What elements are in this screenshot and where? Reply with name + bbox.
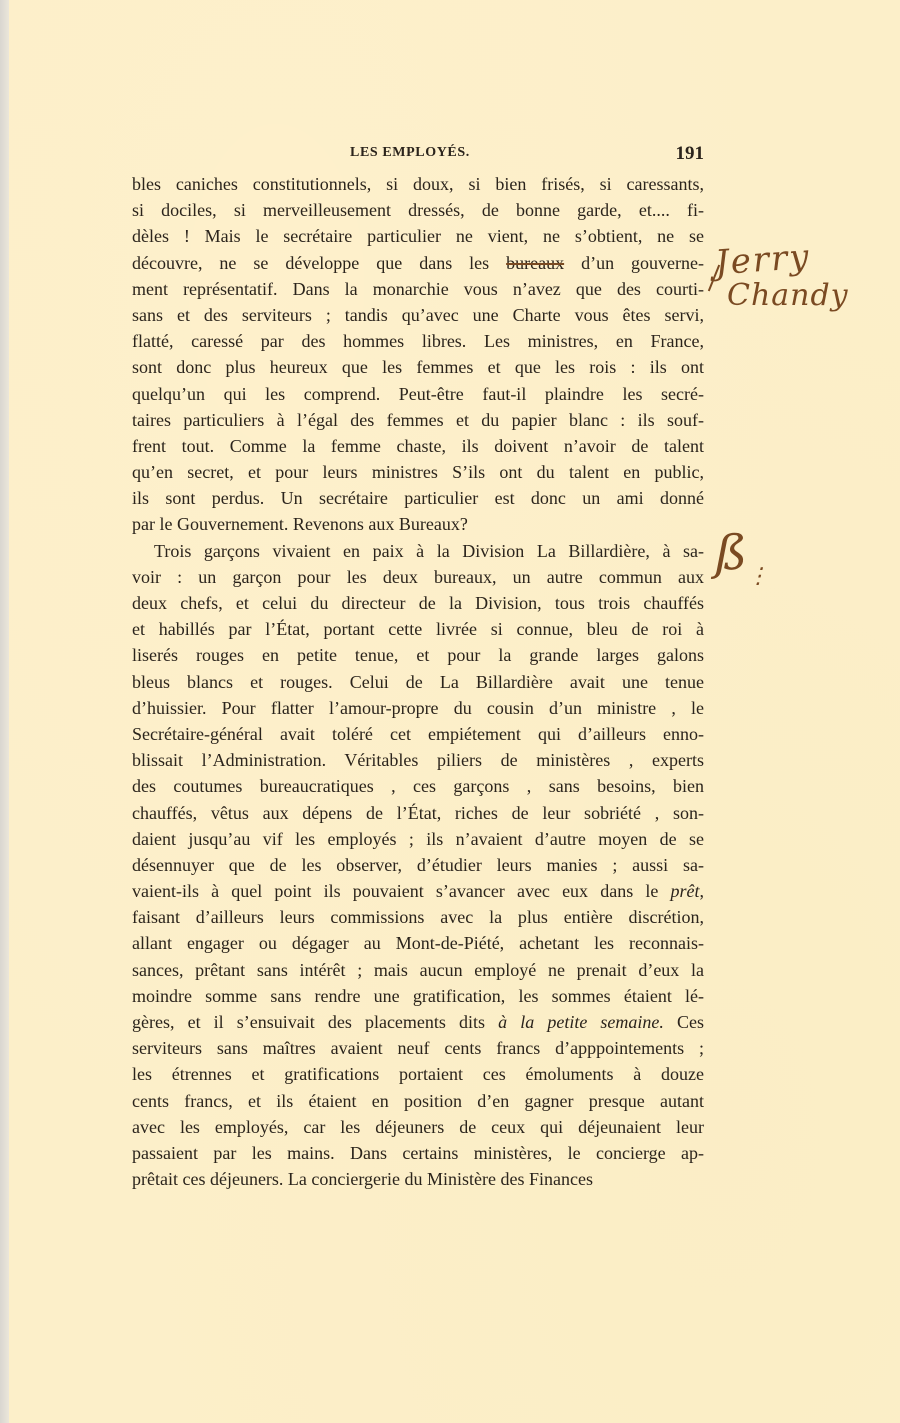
text-line: bleus blancs et rouges. Celui de La Bill… <box>132 669 704 695</box>
italic-phrase: à la petite semaine. <box>498 1012 664 1032</box>
text-line: et habillés par l’État, portant cette li… <box>132 616 704 642</box>
text-line: par le Gouvernement. Revenons aux Bureau… <box>132 511 704 537</box>
struck-word: bureaux <box>506 253 564 273</box>
text-line: daient jusqu’au vif les employés ; ils n… <box>132 826 704 852</box>
text-line: si dociles, si merveilleusement dressés,… <box>132 197 704 223</box>
text-line: les étrennes et gratifications portaient… <box>132 1061 704 1087</box>
text-line: frent tout. Comme la femme chaste, ils d… <box>132 433 704 459</box>
text-line: découvre, ne se développe que dans les b… <box>132 250 704 276</box>
text-line: chauffés, vêtus aux dépens de l’État, ri… <box>132 800 704 826</box>
scan-edge <box>0 0 9 1423</box>
running-title: LES EMPLOYÉS. <box>350 145 470 161</box>
text-line: sans et des serviteurs ; tandis qu’avec … <box>132 302 704 328</box>
text-line: moindre somme sans rendre une gratificat… <box>132 983 704 1009</box>
text-line: bles caniches constitutionnels, si doux,… <box>132 171 704 197</box>
text-line: Secrétaire-général avait toléré cet empi… <box>132 721 704 747</box>
running-head: LES EMPLOYÉS. 191 <box>132 143 704 167</box>
text-line: sont donc plus heureux que les femmes et… <box>132 354 704 380</box>
book-page: LES EMPLOYÉS. 191 bles caniches constitu… <box>9 0 900 1423</box>
text-line: d’huissier. Pour flatter l’amour-propre … <box>132 695 704 721</box>
text-line: des coutumes bureaucratiques , ces garço… <box>132 773 704 799</box>
text-line: vaient-ils à quel point ils pouvaient s’… <box>132 878 704 904</box>
text-line: qu’en secret, et pour leurs ministres S’… <box>132 459 704 485</box>
text-line: avec les employés, car les déjeuners de … <box>132 1114 704 1140</box>
text-line: gères, et il s’ensuivait des placements … <box>132 1009 704 1035</box>
handwritten-note-ss: ß <box>715 525 747 581</box>
body-text: bles caniches constitutionnels, si doux,… <box>132 171 704 1192</box>
page-number: 191 <box>676 143 705 165</box>
text-line: flatté, caressé par des hommes libres. L… <box>132 328 704 354</box>
text-line: quelqu’un qui les comprend. Peut-être fa… <box>132 381 704 407</box>
text-line: faisant d’ailleurs leurs commissions ave… <box>132 904 704 930</box>
handwritten-note-jerry: Jerry <box>714 237 812 284</box>
handwritten-dots-mark: ⋮ <box>747 570 769 584</box>
text-line: prêtait ces déjeuners. La conciergerie d… <box>132 1166 704 1192</box>
text-line: ment représentatif. Dans la monarchie vo… <box>132 276 704 302</box>
text-line: sances, prêtant sans intérêt ; mais aucu… <box>132 957 704 983</box>
text-line: voir : un garçon pour les deux bureaux, … <box>132 564 704 590</box>
text-line: désennuyer que de les observer, d’étudie… <box>132 852 704 878</box>
text-line: Trois garçons vivaient en paix à la Divi… <box>132 538 704 564</box>
text-line: serviteurs sans maîtres avaient neuf cen… <box>132 1035 704 1061</box>
italic-phrase: prêt <box>671 881 700 901</box>
text-line: dèles ! Mais le secrétaire particulier n… <box>132 223 704 249</box>
text-line: deux chefs, et celui du directeur de la … <box>132 590 704 616</box>
text-line: taires particuliers à l’égal des femmes … <box>132 407 704 433</box>
handwritten-note-chandy: Chandy <box>727 278 849 313</box>
text-line: blissait l’Administration. Véritables pi… <box>132 747 704 773</box>
text-line: cents francs, et ils étaient en position… <box>132 1088 704 1114</box>
text-line: liserés rouges en petite tenue, et pour … <box>132 642 704 668</box>
text-line: passaient par les mains. Dans certains m… <box>132 1140 704 1166</box>
text-line: allant engager ou dégager au Mont-de-Pié… <box>132 930 704 956</box>
text-line: ils sont perdus. Un secrétaire particuli… <box>132 485 704 511</box>
